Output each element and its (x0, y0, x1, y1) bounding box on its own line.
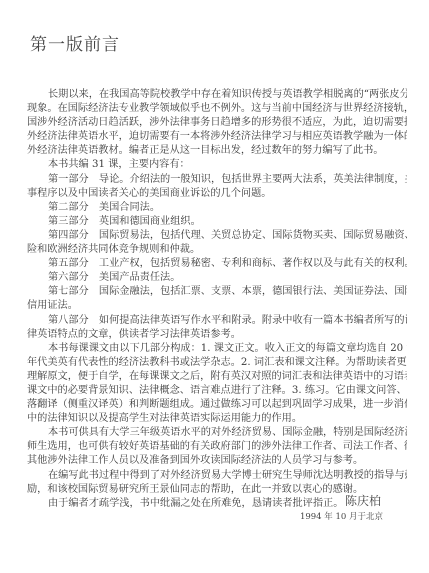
text-line: 律英语特点的文章，供读者学习法律英语参考。 (27, 328, 407, 342)
text-line: 第六部分 美国产品责任法。 (27, 271, 407, 285)
text-line: 中的法律知识以及提高学生对法律英语实际运用能力的作用。 (27, 412, 407, 426)
text-line: 险和欧洲经济共同体竞争规则和仲裁。 (27, 243, 407, 257)
text-line: 第一部分 导论。介绍法的一般知识，包括世界主要两大法系，英美法律制度，美国民 (27, 173, 407, 187)
page-title: 第一版前言 (30, 30, 120, 55)
text-line: 落翻译（侧重汉译英）和判断题组成。通过做练习可以起到巩固学习成果，进一步消化课文 (27, 398, 407, 412)
signature-date: 1994 年 10 月于北京 (300, 510, 383, 522)
text-line: 国涉外经济活动日趋活跃，涉外法律事务日趋增多的形势很不适应，为此，迫切需要提高涉 (27, 116, 407, 130)
text-line: 信用证法。 (27, 299, 407, 313)
text-line: 第八部分 如何提高法律英语写作水平和附录。附录中收有一篇本书编者所写的论法 (27, 314, 407, 328)
text-line: 第四部分 国际贸易法，包括代理、关贸总协定、国际货物买卖、国际贸易融资、海上保 (27, 229, 407, 243)
text-line: 现象。在国际经济法专业教学领域似乎也不例外。这与当前中国经济与世界经济接轨，我 (27, 102, 407, 116)
text-line: 在编写此书过程中得到了对外经济贸易大学博士研究生导师沈达明教授的指导与鼓 (27, 469, 407, 483)
text-line: 师生选用，也可供有较好英语基础的有关政府部门的涉外法律工作者、司法工作者、律师和 (27, 440, 407, 454)
text-line: 第二部分 美国合同法。 (27, 201, 407, 215)
text-line: 课文中的必要背景知识、法律概念、语言难点进行了注释。3. 练习。它由课文问答、句… (27, 384, 407, 398)
text-line: 事程序以及中国读者关心的美国商业诉讼的几个问题。 (27, 187, 407, 201)
text-line: 其他涉外法律工作人员以及准备到国外攻读国际经济法的人员学习与参考。 (27, 454, 407, 468)
text-line: 本书每课课文由以下几部分构成：1. 课文正文。收入正文的每篇文章均选自 20 世… (27, 342, 407, 356)
preface-body: 长期以来，在我国高等院校教学中存在着知识传授与英语教学相脱离的“两张皮分家”现象… (27, 88, 407, 511)
text-line: 第七部分 国际金融法，包括汇票、支票、本票，德国银行法、美国证券法、国际投资法、 (27, 285, 407, 299)
text-line: 外经济法律英语水平，迫切需要有一本将涉外经济法律学习与相应英语教学融为一体的涉 (27, 130, 407, 144)
text-line: 本书可供具有大学三年级英语水平的对外经济贸易、国际金融，特别是国际经济法专业 (27, 426, 407, 440)
text-line: 第五部分 工业产权，包括贸易秘密、专利和商标、著作权以及与此有关的权利。 (27, 257, 407, 271)
text-line: 第三部分 英国和德国商业组织。 (27, 215, 407, 229)
text-line: 年代美英有代表性的经济法教科书或法学杂志。2. 词汇表和课文注释。为帮助读者更好… (27, 356, 407, 370)
text-line: 外经济法律英语教材。编者正是从这一目标出发，经过数年的努力编写了此书。 (27, 144, 407, 158)
text-line: 理解原文，便于自学，在每课课文之后，附有英汉对照的词汇表和法律英语中的习语表，并… (27, 370, 407, 384)
text-line: 长期以来，在我国高等院校教学中存在着知识传授与英语教学相脱离的“两张皮分家” (27, 88, 407, 102)
text-line: 本书共编 31 课，主要内容有： (27, 158, 407, 172)
author-signature: 陈庆柏 (345, 492, 381, 509)
